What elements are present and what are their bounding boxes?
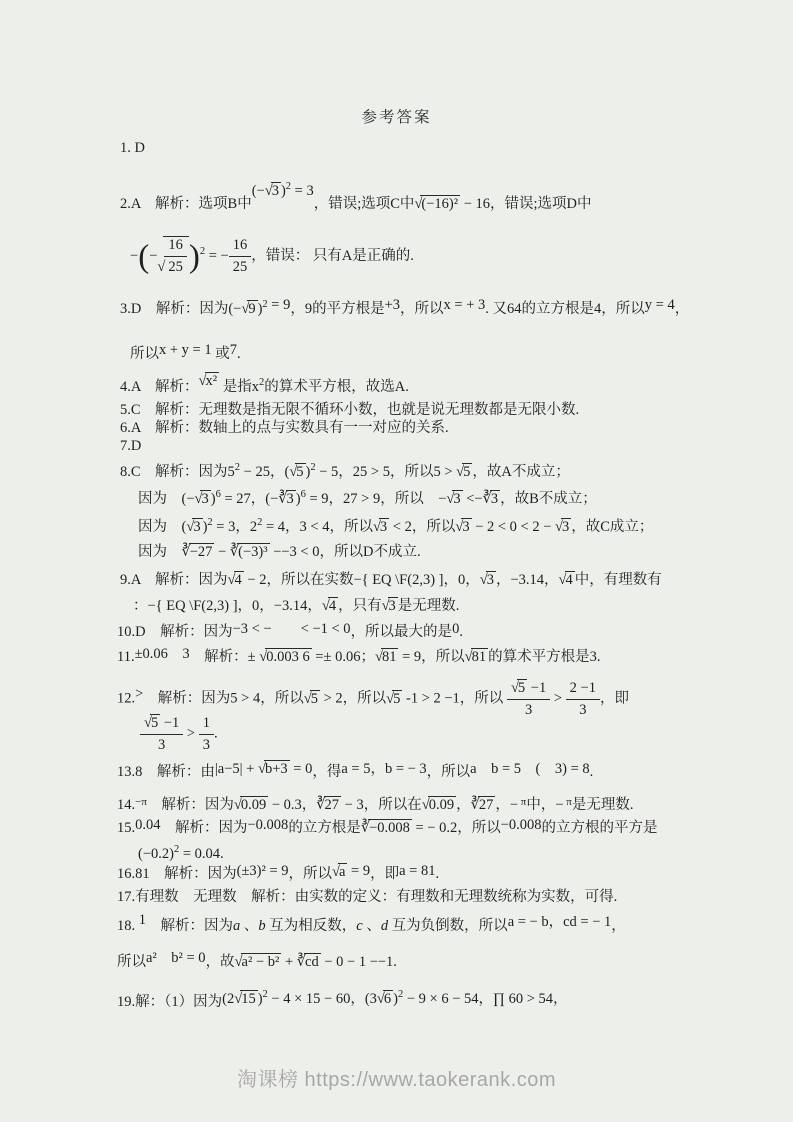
sqrt-expression: √1625 <box>157 236 188 277</box>
footer-watermark: 淘课榜 https://www.taokerank.com <box>0 1063 793 1092</box>
text-segment: 是指 <box>219 379 252 395</box>
text-segment: . <box>214 726 218 742</box>
sqrt-expression: √3 <box>446 490 462 509</box>
answer-q2-line1: 2.A 解析：选项B中(−√3)2 = 3，错误;选项C中√(−16)² − 1… <box>120 193 592 214</box>
radicand: 4 <box>328 597 338 615</box>
text-segment: x <box>252 379 259 395</box>
sqrt-expression: √(−16)² <box>414 195 460 214</box>
text-segment: −1 <box>527 680 546 696</box>
text-segment: ， <box>456 797 471 813</box>
text-segment: 因为 (− <box>138 491 195 507</box>
answer-q8-line4: 因为 ∛−27 − ∛(−3)³ −−3 < 0，所以D不成立. <box>138 543 421 562</box>
text-segment: 15. <box>117 820 135 836</box>
text-segment: (±3)² = 9 <box>237 862 289 881</box>
text-segment: 的算术平方根，故选A. <box>264 379 409 395</box>
numerator: 2 −1 <box>566 680 600 700</box>
text-segment: − 5，25 > 5，所以5 > <box>316 464 457 480</box>
text-segment: 10.D 解析：因为 <box>117 624 233 640</box>
answer-q11: 11.±0.06 3 解析：± √0.003 6 =± 0.06；√81 = 9… <box>117 648 601 667</box>
text-segment: −−3 < 0，所以D不成立. <box>270 544 421 560</box>
text-segment: − 0 − 1 −−1. <box>321 954 397 970</box>
answer-q8-line2: 因为 (−√3)6 = 27，(−∛3)6 = 9，27 > 9，所以 −√3 … <box>138 488 597 509</box>
text-segment: ，只有 <box>338 598 382 614</box>
sqrt-expression: √6 <box>377 990 393 1009</box>
text-segment: 5.C 解析：无理数是指无限不循环小数，也就是说无理数都是无限小数. <box>120 402 579 418</box>
text-segment: . <box>435 866 439 882</box>
text-segment: ，9的平方根是 <box>290 301 384 317</box>
radicand: 3 <box>388 597 398 615</box>
sqrt-expression: √0.003 6 <box>259 648 311 667</box>
text-segment: − 2 < 0 < 2 − <box>472 519 555 535</box>
text-segment: ：−{ EQ \F(2,3) ]，0，−3.14， <box>133 598 322 614</box>
text-segment: ，错误;选项C中 <box>314 196 415 212</box>
sqrt-expression: √0.09 <box>234 796 268 815</box>
cbrt-expression: ∛3 <box>483 490 501 509</box>
sqrt-expression: √5 <box>386 690 402 709</box>
text-segment: − <box>149 248 157 264</box>
text-segment: 、 <box>240 918 258 934</box>
text-segment: = 27，(− <box>221 491 278 507</box>
radicand: (−3)³ <box>237 543 269 561</box>
text-segment: < 2，所以 <box>389 519 455 535</box>
answer-sheet-page: 参考答案 1. D2.A 解析：选项B中(−√3)2 = 3，错误;选项C中√(… <box>0 0 793 1122</box>
text-segment: 解析：因为 <box>146 918 233 934</box>
text-segment: x = + 3 <box>444 296 486 315</box>
text-segment: |a−5| + <box>215 760 258 779</box>
sqrt-expression: √5 <box>304 690 320 709</box>
text-segment: ，故C成立； <box>571 519 653 535</box>
text-segment: 的立方根的平方是 <box>542 820 658 836</box>
text-segment: 0 <box>452 620 459 639</box>
text-segment: = 9 <box>268 296 291 315</box>
text-segment: 或 <box>212 346 230 362</box>
text-segment: 0.04 <box>135 816 160 835</box>
text-segment: <− <box>463 491 483 507</box>
text-segment: −1 <box>160 715 179 731</box>
radicand: 3 <box>452 490 462 508</box>
text-segment: 因为 <box>138 544 182 560</box>
radicand: 3 <box>379 518 389 536</box>
text-segment: ，所以 <box>400 301 444 317</box>
text-segment: ，所以 <box>457 820 501 836</box>
radicand: cd <box>304 953 321 971</box>
text-segment: = − <box>205 248 229 264</box>
text-segment: ，− <box>495 797 518 813</box>
radicand: 3 <box>286 490 296 508</box>
fraction: 2 −13 <box>566 680 600 720</box>
text-segment: − 25，( <box>240 464 289 480</box>
text-segment: > <box>135 685 143 704</box>
denominator: 3 <box>199 735 214 754</box>
radicand: b+3 <box>264 760 290 778</box>
text-segment: 解析：因为 <box>147 797 234 813</box>
radicand: 4 <box>565 571 575 589</box>
text-segment: 17.有理数 无理数 解析：由实数的定义：有理数和无理数统称为实数，可得. <box>117 889 617 905</box>
text-segment: −π <box>135 795 147 809</box>
text-segment: (− <box>252 182 265 201</box>
radicand: 27 <box>324 796 342 814</box>
text-segment: 的算术平方根是3. <box>488 649 600 665</box>
answer-q16: 16.81 解析：因为(±3)² = 9，所以√a = 9，即a = 81. <box>117 865 439 884</box>
text-segment: 1 <box>135 911 146 930</box>
text-segment: +3 <box>385 296 400 315</box>
denominator: 3 <box>566 700 600 719</box>
text-segment: 18. <box>117 918 135 934</box>
text-segment: ，即 <box>370 866 399 882</box>
text-segment: . <box>459 624 463 640</box>
answer-q9-line2: ：−{ EQ \F(2,3) ]，0，−3.14，√4，只有√3是无理数. <box>133 597 459 616</box>
text-segment: 1. D <box>120 140 145 156</box>
text-segment: − 4 × 15 − 60，(3 <box>268 990 377 1009</box>
answer-q1: 1. D <box>120 139 145 158</box>
text-segment: − 3，所以在 <box>341 797 422 813</box>
radicand: x² <box>205 372 220 390</box>
sqrt-expression: √15 <box>234 990 257 1009</box>
text-segment: a² b² = 0 <box>146 949 206 968</box>
text-segment: ，故A不成立； <box>472 464 569 480</box>
text-segment: 19.解：（1）因为 <box>117 994 222 1010</box>
text-segment: 7.D <box>120 438 141 454</box>
sqrt-expression: √3 <box>480 571 496 590</box>
radicand: 3 <box>461 518 471 536</box>
cbrt-expression: ∛cd <box>297 953 321 972</box>
text-segment: 中，有理数有 <box>575 572 662 588</box>
text-segment: a b = 5 ( 3) = 8 <box>470 760 589 779</box>
sqrt-expression: √0.09 <box>422 796 456 815</box>
radicand: a <box>338 863 347 881</box>
answer-q14: 14.−π 解析：因为√0.09 − 0.3，∛27 − 3，所以在√0.09，… <box>117 796 633 815</box>
radicand: 3 <box>490 490 500 508</box>
text-segment: a = − b，cd = − 1 <box>508 913 612 932</box>
radicand: a² − b² <box>241 953 282 971</box>
radicand: 0.09 <box>428 796 456 814</box>
radicand: 15 <box>240 990 258 1008</box>
sqrt-expression: √3 <box>195 490 211 509</box>
fraction: 1625 <box>229 237 252 277</box>
text-segment: 所以 <box>130 346 159 362</box>
text-segment: = 9，所以 <box>398 649 464 665</box>
answer-q9-line1: 9.A 解析：因为√4 − 2，所以在实数−{ EQ \F(2,3) ]，0，√… <box>120 571 662 590</box>
denominator: 3 <box>140 735 183 754</box>
text-segment: = 0 <box>290 760 313 779</box>
text-segment: -1 > 2 −1，所以 <box>402 691 507 707</box>
text-segment: = 0.04. <box>179 846 223 862</box>
answer-q10: 10.D 解析：因为−3 < − < −1 < 0，所以最大的是0. <box>117 623 463 642</box>
text-segment: 4.A 解析： <box>120 379 199 395</box>
text-segment: − 2，所以在实数−{ EQ \F(2,3) ]，0， <box>244 572 480 588</box>
radicand: 81 <box>471 648 489 666</box>
radicand: 3 <box>271 182 281 200</box>
answer-q15-line1: 15.0.04 解析：因为−0.008的立方根是∛−0.008 = − 0.2，… <box>117 819 658 838</box>
numerator: √5 −1 <box>140 714 183 735</box>
text-segment: 、 <box>363 918 381 934</box>
cbrt-expression: ∛(−3)³ <box>230 543 270 562</box>
text-segment: > 2，所以 <box>320 691 386 707</box>
radicand: −0.008 <box>368 819 412 837</box>
numerator: 16 <box>229 237 252 257</box>
radicand: 5 <box>392 690 402 708</box>
text-segment: 8.C 解析：因为 <box>120 464 228 480</box>
text-segment: 中，− <box>526 797 563 813</box>
answer-q2-line2: −(−√1625)2 = −1625，错误： 只有A是正确的. <box>130 236 414 277</box>
text-segment: ±0.06 3 <box>135 645 190 664</box>
sqrt-expression: √3 <box>555 518 571 537</box>
answer-q8-line3: 因为 (√3)2 = 3，22 = 4，3 < 4，所以√3 < 2，所以√3 … <box>138 516 653 537</box>
fraction: √5 −13 <box>507 679 550 720</box>
numerator: 16 <box>164 237 187 257</box>
radicand: 5 <box>517 679 527 697</box>
radicand: (−16)² <box>420 195 460 213</box>
text-segment: 是无理数. <box>398 598 460 614</box>
text-segment: 解析：因为 <box>161 820 248 836</box>
variable-text: d <box>381 918 388 934</box>
page-title: 参考答案 <box>0 105 793 127</box>
sqrt-expression: √3 <box>186 518 202 537</box>
text-segment: ，故B不成立； <box>500 491 597 507</box>
text-segment: − <box>214 544 229 560</box>
text-segment: π <box>518 795 526 809</box>
text-segment: =± 0.06； <box>312 649 375 665</box>
text-segment: ，−3.14， <box>496 572 559 588</box>
text-segment: π <box>564 795 572 809</box>
radicand: 5 <box>462 463 472 481</box>
answer-q18-line1: 18. 1 解析：因为a 、b 互为相反数，c 、d 互为负倒数，所以a = −… <box>117 917 626 936</box>
numerator: √5 −1 <box>507 679 550 700</box>
text-segment: (2 <box>222 990 234 1009</box>
sqrt-expression: √3 <box>373 518 389 537</box>
text-segment: = 4，3 < 4，所以 <box>262 519 373 535</box>
text-segment: − <box>130 248 138 264</box>
answer-q6: 6.A 解析：数轴上的点与实数具有一一对应的关系. <box>120 419 449 438</box>
answer-q7: 7.D <box>120 437 141 456</box>
radicand: 3 <box>561 518 571 536</box>
text-segment: −0.008 <box>248 816 289 835</box>
answer-q5: 5.C 解析：无理数是指无限不循环小数，也就是说无理数都是无限小数. <box>120 401 579 420</box>
text-segment: −0.008 <box>501 816 542 835</box>
text-segment: 7 <box>230 341 237 360</box>
sqrt-expression: √9 <box>241 300 257 319</box>
answer-q3-line2: 所以x + y = 1 或7. <box>130 345 241 364</box>
answer-q19: 19.解：（1）因为(2√15)2 − 4 × 15 − 60，(3√6)2 −… <box>117 991 568 1012</box>
radicand: 3 <box>200 490 210 508</box>
text-segment: 13.8 解析：由 <box>117 764 215 780</box>
answer-q18-line2: 所以a² b² = 0，故√a² − b² + ∛cd − 0 − 1 −−1. <box>117 953 397 972</box>
text-segment: −3 < − < −1 < 0 <box>233 620 351 639</box>
text-segment: > <box>183 726 198 742</box>
sqrt-expression: √81 <box>465 648 488 667</box>
text-segment: = 3 <box>291 182 314 201</box>
text-segment: 6.A 解析：数轴上的点与实数具有一一对应的关系. <box>120 420 449 436</box>
cbrt-expression: ∛−0.008 <box>361 819 412 838</box>
answer-q15-line2: (−0.2)2 = 0.04. <box>138 843 224 864</box>
text-segment: . <box>590 764 594 780</box>
cbrt-expression: ∛−27 <box>182 543 215 562</box>
text-segment: 14. <box>117 797 135 813</box>
text-segment: 9.A 解析：因为 <box>120 572 228 588</box>
answer-q17: 17.有理数 无理数 解析：由实数的定义：有理数和无理数统称为实数，可得. <box>117 888 617 907</box>
cbrt-expression: ∛3 <box>278 490 296 509</box>
fraction: 1625 <box>164 237 187 277</box>
text-segment: 互为相反数， <box>266 918 357 934</box>
radicand: 6 <box>383 990 393 1008</box>
sqrt-expression: √5 <box>289 463 305 482</box>
text-segment: > <box>550 691 565 707</box>
sqrt-expression: √3 <box>382 597 398 616</box>
sqrt-expression: √3 <box>455 518 471 537</box>
sqrt-expression: √81 <box>375 648 398 667</box>
cbrt-expression: ∛27 <box>316 796 341 815</box>
sqrt-expression: √a <box>332 863 347 882</box>
radicand: 9 <box>247 300 257 318</box>
text-segment: ，所以 <box>427 764 471 780</box>
text-segment: ，错误： 只有A是正确的. <box>251 248 414 264</box>
radicand: 81 <box>381 648 399 666</box>
answer-q12-line2: √5 −13 > 13. <box>140 714 218 755</box>
variable-text: b <box>258 918 265 934</box>
text-segment: . 又64的立方根是4，所以 <box>485 301 645 317</box>
radicand: 0.09 <box>240 796 268 814</box>
text-segment: − 0.3， <box>268 797 316 813</box>
radicand: 5 <box>295 463 305 481</box>
text-segment: x + y = 1 <box>159 341 212 360</box>
cbrt-expression: ∛27 <box>471 796 496 815</box>
text-segment: ，所以 <box>289 866 333 882</box>
radicand: 27 <box>478 796 496 814</box>
text-segment: ， <box>675 301 690 317</box>
text-segment: 解析：因为5 > 4，所以 <box>143 691 303 707</box>
text-segment: = 3，2 <box>213 519 257 535</box>
text-segment: ，得 <box>312 764 341 780</box>
text-segment: − 16，错误;选项D中 <box>460 196 591 212</box>
text-segment: 所以 <box>117 954 146 970</box>
text-segment: = 9，27 > 9，所以 − <box>306 491 447 507</box>
answer-q4: 4.A 解析：√x² 是指x2的算术平方根，故选A. <box>120 376 409 397</box>
sqrt-expression: √a² − b² <box>235 953 282 972</box>
text-segment: 2.A 解析：选项B中 <box>120 196 252 212</box>
text-segment: ，即 <box>600 691 629 707</box>
text-segment: 11. <box>117 649 135 665</box>
fraction: √5 −13 <box>140 714 183 755</box>
radicand: 5 <box>310 690 320 708</box>
text-segment: 5 <box>228 464 235 480</box>
text-segment: (−0.2) <box>138 846 174 862</box>
text-segment: ， <box>611 918 626 934</box>
sqrt-expression: √5 <box>456 463 472 482</box>
denominator: 3 <box>507 700 550 719</box>
text-segment: a = 5，b = − 3 <box>341 760 426 779</box>
sqrt-expression: √4 <box>559 571 575 590</box>
text-segment: 的立方根是 <box>288 820 361 836</box>
text-segment: 解析：± <box>190 649 260 665</box>
radicand: 5 <box>150 714 160 732</box>
text-segment: a = 81 <box>399 862 435 881</box>
radicand: 3 <box>486 571 496 589</box>
answer-q13: 13.8 解析：由|a−5| + √b+3 = 0，得a = 5，b = − 3… <box>117 763 593 782</box>
fraction: 13 <box>199 715 214 755</box>
answer-q8-line1: 8.C 解析：因为52 − 25，(√5)2 − 5，25 > 5，所以5 > … <box>120 461 570 482</box>
text-segment: 是无理数. <box>572 797 634 813</box>
text-segment: = − 0.2 <box>412 820 457 836</box>
sqrt-expression: √4 <box>228 571 244 590</box>
text-segment: . <box>237 346 241 362</box>
text-segment: 12. <box>117 691 135 707</box>
text-segment: y = 4 <box>645 296 675 315</box>
sqrt-expression: √5 <box>144 714 160 732</box>
text-segment: 因为 ( <box>138 519 186 535</box>
sqrt-expression: √x² <box>199 372 220 391</box>
answer-q3-line1: 3.D 解析：因为(−√9)2 = 9，9的平方根是+3，所以x = + 3. … <box>120 298 689 319</box>
radicand: 3 <box>192 518 202 536</box>
text-segment: = 9 <box>347 862 370 881</box>
denominator: 25 <box>229 257 252 276</box>
radicand: −27 <box>189 543 215 561</box>
sqrt-expression: √4 <box>322 597 338 616</box>
text-segment: + <box>281 954 296 970</box>
text-segment: − 9 × 6 − 54，∏ 60 > 54， <box>403 990 567 1009</box>
sqrt-expression: √b+3 <box>258 760 290 779</box>
text-segment: ，所以最大的是 <box>351 624 453 640</box>
text-segment: ，故 <box>206 954 235 970</box>
radicand: 0.003 6 <box>265 648 312 666</box>
text-segment: 3.D 解析：因为(− <box>120 301 241 317</box>
sqrt-expression: √5 <box>511 679 527 697</box>
text-segment: 16.81 解析：因为 <box>117 866 237 882</box>
numerator: 1 <box>199 715 214 735</box>
text-segment: 互为负倒数，所以 <box>388 918 508 934</box>
radicand: 4 <box>234 571 244 589</box>
sqrt-expression: √3 <box>265 182 281 201</box>
denominator: 25 <box>164 257 187 276</box>
radicand: 1625 <box>163 236 189 277</box>
